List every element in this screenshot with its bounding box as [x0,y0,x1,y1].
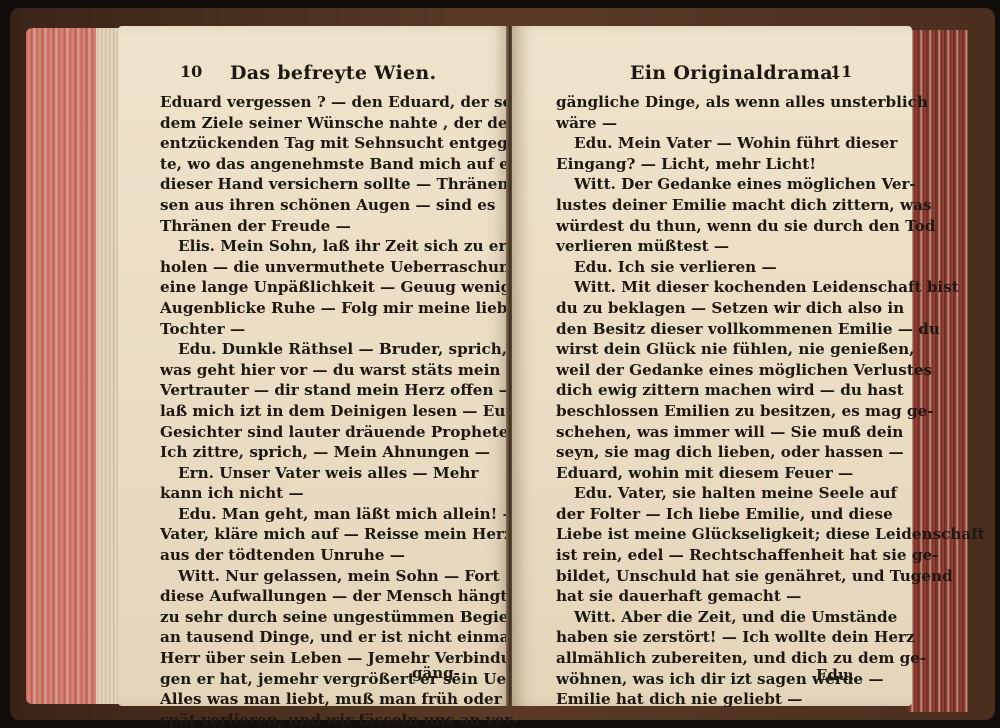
text-line: Vertrauter — dir stand mein Herz offen — [160,380,470,401]
text-line: Eduard, wohin mit diesem Feuer — [556,463,868,484]
text-line: gängliche Dinge, als wenn alles unsterbl… [556,92,868,113]
page-text: Eduard vergessen ? — den Eduard, der sch… [160,92,470,728]
speaker-line: Witt. Nur gelassen, mein Sohn — Fort [160,566,470,587]
text-line: Thränen der Freude — [160,216,470,237]
text-line: Augenblicke Ruhe — Folg mir meine liebe [160,298,470,319]
text-line: Eingang? — Licht, mehr Licht! [556,154,868,175]
text-line: den Besitz dieser vollkommenen Emilie — … [556,319,868,340]
text-line: te, wo das angenehmste Band mich auf ewi… [160,154,470,175]
text-line: beschlossen Emilien zu besitzen, es mag … [556,401,868,422]
text-line: haben sie zerstört! — Ich wollte dein He… [556,627,868,648]
text-line: diese Aufwallungen — der Mensch hängt si… [160,586,470,607]
text-line: Vater, kläre mich auf — Reisse mein Herz [160,524,470,545]
speaker-line: Edu. Vater, sie halten meine Seele auf [556,483,868,504]
text-line: lustes deiner Emilie macht dich zittern,… [556,195,868,216]
text-line: bildet, Unschuld hat sie genähret, und T… [556,566,868,587]
text-line: was geht hier vor — du warst stäts mein [160,360,470,381]
text-line: sen aus ihren schönen Augen — sind es [160,195,470,216]
text-line: Ich zittre, sprich, — Mein Ahnungen — [160,442,470,463]
text-line: wäre — [556,113,868,134]
left-page-edges [96,28,120,704]
text-line: Eduard vergessen ? — den Eduard, der sch… [160,92,470,113]
speaker-line: Witt. Der Gedanke eines möglichen Ver- [556,174,868,195]
text-line: laß mich izt in dem Deinigen lesen — Eur… [160,401,470,422]
left-page: 10 Das befreyte Wien. Eduard vergessen ?… [118,26,510,706]
text-line: entzückenden Tag mit Sehnsucht entgegenb… [160,133,470,154]
text-line: Tochter — [160,319,470,340]
text-line: hat sie dauerhaft gemacht — [556,586,868,607]
text-line: verlieren müßtest — [556,236,868,257]
text-line: Liebe ist meine Glückseligkeit; diese Le… [556,524,868,545]
speaker-line: Witt. Mit dieser kochenden Leidenschaft … [556,277,868,298]
text-line: wirst dein Glück nie fühlen, nie genieße… [556,339,868,360]
page-text: gängliche Dinge, als wenn alles unsterbl… [556,92,868,710]
text-line: weil der Gedanke eines möglichen Verlust… [556,360,868,381]
text-line: der Folter — Ich liebe Emilie, und diese [556,504,868,525]
speaker-line: Edu. Man geht, man läßt mich allein! — [160,504,470,525]
page-number: 11 [830,62,852,81]
right-page: Ein Originaldrama. 11 gängliche Dinge, a… [512,26,912,706]
speaker-line: Ern. Unser Vater weis alles — Mehr [160,463,470,484]
page-number: 10 [180,62,202,81]
text-line: dich ewig zittern machen wird — du hast [556,380,868,401]
speaker-line: Edu. Mein Vater — Wohin führt dieser [556,133,868,154]
speaker-line: Edu. Dunkle Räthsel — Bruder, sprich, [160,339,470,360]
text-line: würdest du thun, wenn du sie durch den T… [556,216,868,237]
text-line: du zu beklagen — Setzen wir dich also in [556,298,868,319]
catchword: gäng- [412,664,460,682]
speaker-line: Elis. Mein Sohn, laß ihr Zeit sich zu er… [160,236,470,257]
text-line: aus der tödtenden Unruhe — [160,545,470,566]
text-line: dem Ziele seiner Wünsche nahte , der dem [160,113,470,134]
text-line: zu sehr durch seine ungestümmen Begierde… [160,607,470,628]
running-title: Ein Originaldrama. [630,62,840,84]
text-line: eine lange Unpäßlichkeit — Geuug wenige [160,277,470,298]
running-title: Das befreyte Wien. [230,62,436,84]
text-line: schehen, was immer will — Sie muß dein [556,422,868,443]
text-line: ist rein, edel — Rechtschaffenheit hat s… [556,545,868,566]
text-line: Alles was man liebt, muß man früh oder [160,689,470,710]
text-line: seyn, sie mag dich lieben, oder hassen — [556,442,868,463]
text-line: holen — die unvermuthete Ueberraschung, [160,257,470,278]
text-line: spät verlieren, und wir fässeln uns an v… [160,710,470,728]
text-line: an tausend Dinge, und er ist nicht einma… [160,627,470,648]
text-line: kann ich nicht — [160,483,470,504]
text-line: dieser Hand versichern sollte — Thränen … [160,174,470,195]
text-line: Gesichter sind lauter dräuende Propheten… [160,422,470,443]
text-line: Emilie hat dich nie geliebt — [556,689,868,710]
speaker-line: Edu. Ich sie verlieren — [556,257,868,278]
speaker-line: Witt. Aber die Zeit, und die Umstände [556,607,868,628]
catchword: Edu. [816,666,854,684]
